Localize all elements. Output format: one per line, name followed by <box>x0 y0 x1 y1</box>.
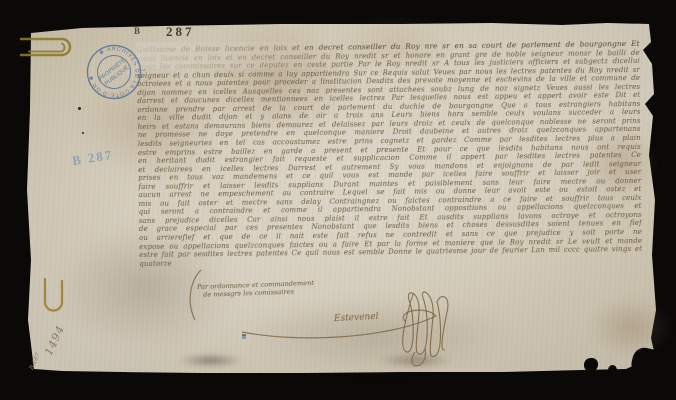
ink-speck <box>82 132 84 134</box>
clip-mark <box>40 278 68 318</box>
item-number: 287 <box>166 24 195 40</box>
tear-spot <box>584 358 598 372</box>
series-letter: B <box>134 26 140 36</box>
manuscript-text-block: Guillaume de Boisse licencie en loix et … <box>137 40 643 268</box>
signature-paraph <box>385 286 485 368</box>
paperclip <box>20 33 74 59</box>
tear-spot <box>608 365 617 375</box>
faded-ink-patch <box>136 42 351 69</box>
ink-speck <box>78 107 81 110</box>
manuscript-photo: Guillaume de Boisse licencie en loix et … <box>0 0 676 400</box>
